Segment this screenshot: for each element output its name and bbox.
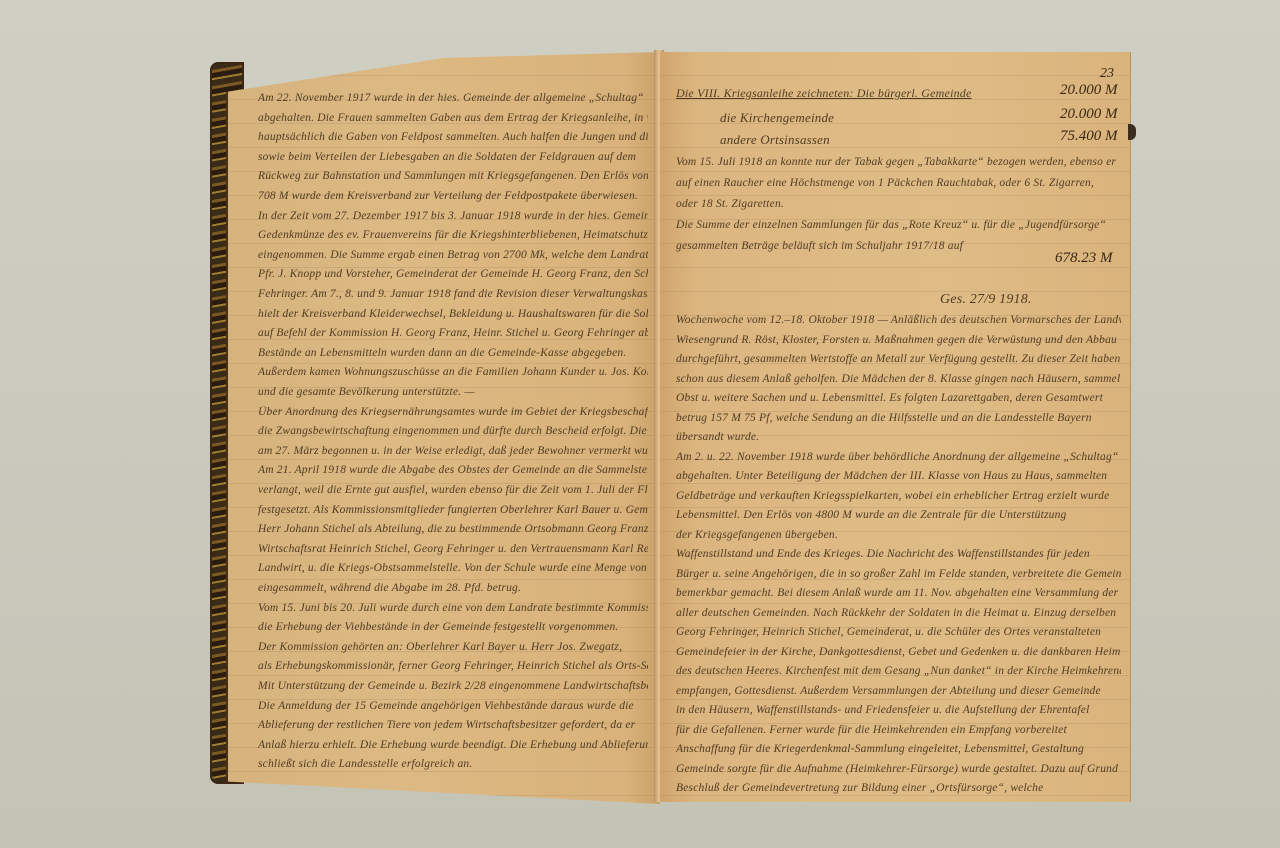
handwritten-line: Obst u. weitere Sachen und u. Lebensmitt… (676, 392, 1121, 404)
handwritten-line: Herr Johann Stichel als Abteilung, die z… (258, 523, 648, 535)
handwritten-line: verlangt, weil die Ernte gut ausfiel, wu… (258, 484, 648, 496)
handwritten-line: auf einen Raucher eine Höchstmenge von 1… (676, 177, 1116, 189)
left-page: Am 22. November 1917 wurde in der hies. … (226, 52, 660, 804)
ledger-row-amount: 75.400 M (1060, 128, 1118, 145)
handwritten-line: übersandt wurde. (676, 431, 1121, 443)
handwritten-line: Am 2. u. 22. November 1918 wurde über be… (676, 451, 1121, 463)
handwritten-line: die Zwangsbewirtschaftung eingenommen un… (258, 425, 648, 437)
handwritten-line: oder 18 St. Zigaretten. (676, 198, 1116, 210)
handwritten-line: Gedenkmünze des ev. Frauenvereins für di… (258, 229, 648, 241)
handwritten-line: eingesammelt, während die Abgabe im 28. … (258, 582, 648, 594)
handwritten-line: Gemeindefeier in der Kirche, Dankgottesd… (676, 646, 1121, 658)
handwritten-line: 708 M wurde dem Kreisverband zur Verteil… (258, 190, 648, 202)
handwritten-line: aller deutschen Gemeinden. Nach Rückkehr… (676, 607, 1121, 619)
page-clip (1128, 124, 1136, 140)
handwritten-line: Die Anmeldung der 15 Gemeinde angehörige… (258, 700, 648, 712)
handwritten-line: Georg Fehringer, Heinrich Stichel, Gemei… (676, 626, 1121, 638)
handwritten-line: hauptsächlich die Gaben von Feldpost sam… (258, 131, 648, 143)
ledger-row-label: andere Ortsinsassen (720, 132, 830, 148)
handwritten-line: durchgeführt, gesammelten Wertstoffe an … (676, 353, 1121, 365)
handwritten-line: Wiesengrund R. Röst, Kloster, Forsten u.… (676, 334, 1121, 346)
handwritten-line: Mit Unterstützung der Gemeinde u. Bezirk… (258, 680, 648, 692)
handwritten-line: Die Summe der einzelnen Sammlungen für d… (676, 219, 1116, 231)
handwritten-line: eingenommen. Die Summe ergab einen Betra… (258, 249, 648, 261)
handwritten-line: abgehalten. Die Frauen sammelten Gaben a… (258, 112, 648, 124)
handwritten-line: Rückweg zur Bahnstation und Sammlungen m… (258, 170, 648, 182)
handwritten-line: auf Befehl der Kommission H. Georg Franz… (258, 327, 648, 339)
ledger-row-amount: 20.000 M (1060, 106, 1118, 123)
open-ledger-book: Am 22. November 1917 wurde in der hies. … (0, 0, 1280, 848)
handwritten-line: Am 22. November 1917 wurde in der hies. … (258, 92, 648, 104)
handwritten-line: am 27. März begonnen u. in der Weise erl… (258, 445, 648, 457)
handwritten-line: und die gesamte Bevölkerung unterstützte… (258, 386, 648, 398)
handwritten-line: empfangen, Gottesdienst. Außerdem Versam… (676, 685, 1121, 697)
handwritten-line: festgesetzt. Als Kommissionsmitglieder f… (258, 504, 648, 516)
ledger-row-label: Die VIII. Kriegsanleihe zeichneten: Die … (676, 86, 976, 101)
handwritten-line: schon aus diesem Anlaß geholfen. Die Mäd… (676, 373, 1121, 385)
right-page: 23 Die VIII. Kriegsanleihe zeichneten: D… (660, 52, 1131, 802)
handwritten-line: hielt der Kreisverband Kleiderwechsel, B… (258, 308, 648, 320)
handwritten-line: gesammelten Beträge beläuft sich im Schu… (676, 240, 1116, 252)
handwritten-line: schließt sich die Landesstelle erfolgrei… (258, 758, 648, 770)
handwritten-line: Waffenstillstand und Ende des Krieges. D… (676, 548, 1121, 560)
handwritten-line: Vom 15. Juli 1918 an konnte nur der Taba… (676, 156, 1116, 168)
handwritten-line: Außerdem kamen Wohnungszuschüsse an die … (258, 366, 648, 378)
handwritten-line: Bürger u. seine Angehörigen, die in so g… (676, 568, 1121, 580)
page-number: 23 (1100, 66, 1114, 82)
ledger-row-amount: 20.000 M (1060, 82, 1118, 99)
handwritten-line: für die Gefallenen. Ferner wurde für die… (676, 724, 1121, 736)
handwritten-line: sowie beim Verteilen der Liebesgaben an … (258, 151, 648, 163)
handwritten-line: Pfr. J. Knopp und Vorsteher, Gemeinderat… (258, 268, 648, 280)
handwritten-line: Anlaß hierzu erhielt. Die Erhebung wurde… (258, 739, 648, 751)
handwritten-line: der Kriegsgefangenen übergeben. (676, 529, 1121, 541)
handwritten-line: in den Häusern, Waffenstillstands- und F… (676, 704, 1121, 716)
handwritten-line: In der Zeit vom 27. Dezember 1917 bis 3.… (258, 210, 648, 222)
handwritten-line: Wochenwoche vom 12.–18. Oktober 1918 — A… (676, 314, 1121, 326)
handwritten-line: abgehalten. Unter Beteiligung der Mädche… (676, 470, 1121, 482)
handwritten-line: Am 21. April 1918 wurde die Abgabe des O… (258, 464, 648, 476)
handwritten-line: Gemeinde sorgte für die Aufnahme (Heimke… (676, 763, 1121, 775)
handwritten-line: bemerkbar gemacht. Bei diesem Anlaß wurd… (676, 587, 1121, 599)
signature-date: Ges. 27/9 1918. (940, 292, 1032, 308)
handwritten-line: Anschaffung für die Kriegerdenkmal-Samml… (676, 743, 1121, 755)
handwritten-line: Über Anordnung des Kriegsernährungsamtes… (258, 406, 648, 418)
handwritten-line: Bestände an Lebensmitteln wurden dann an… (258, 347, 648, 359)
handwritten-line: Lebensmittel. Den Erlös von 4800 M wurde… (676, 509, 1121, 521)
handwritten-line: die gesamten heimgekehrten Soldaten betr… (676, 802, 1121, 803)
handwritten-line: des deutschen Heeres. Kirchenfest mit de… (676, 665, 1121, 677)
handwritten-line: betrug 157 M 75 Pf, welche Sendung an di… (676, 412, 1121, 424)
handwritten-line: Ablieferung der restlichen Tiere von jed… (258, 719, 648, 731)
handwritten-line: Der Kommission gehörten an: Oberlehrer K… (258, 641, 648, 653)
handwritten-line: die Erhebung der Viehbestände in der Gem… (258, 621, 648, 633)
handwritten-line: als Erhebungskommissionär, ferner Georg … (258, 660, 648, 672)
handwritten-line: Geldbeträge und verkauften Kriegsspielka… (676, 490, 1121, 502)
handwritten-line: Wirtschaftsrat Heinrich Stichel, Georg F… (258, 543, 648, 555)
sum-amount: 678.23 M (1055, 250, 1113, 267)
handwritten-line: Fehringer. Am 7., 8. und 9. Januar 1918 … (258, 288, 648, 300)
handwritten-line: Vom 15. Juni bis 20. Juli wurde durch ei… (258, 602, 648, 614)
handwritten-line: Beschluß der Gemeindevertretung zur Bild… (676, 782, 1121, 794)
ledger-row-label: die Kirchengemeinde (720, 110, 834, 126)
handwritten-line: Landwirt, u. die Kriegs-Obstsammelstelle… (258, 562, 648, 574)
